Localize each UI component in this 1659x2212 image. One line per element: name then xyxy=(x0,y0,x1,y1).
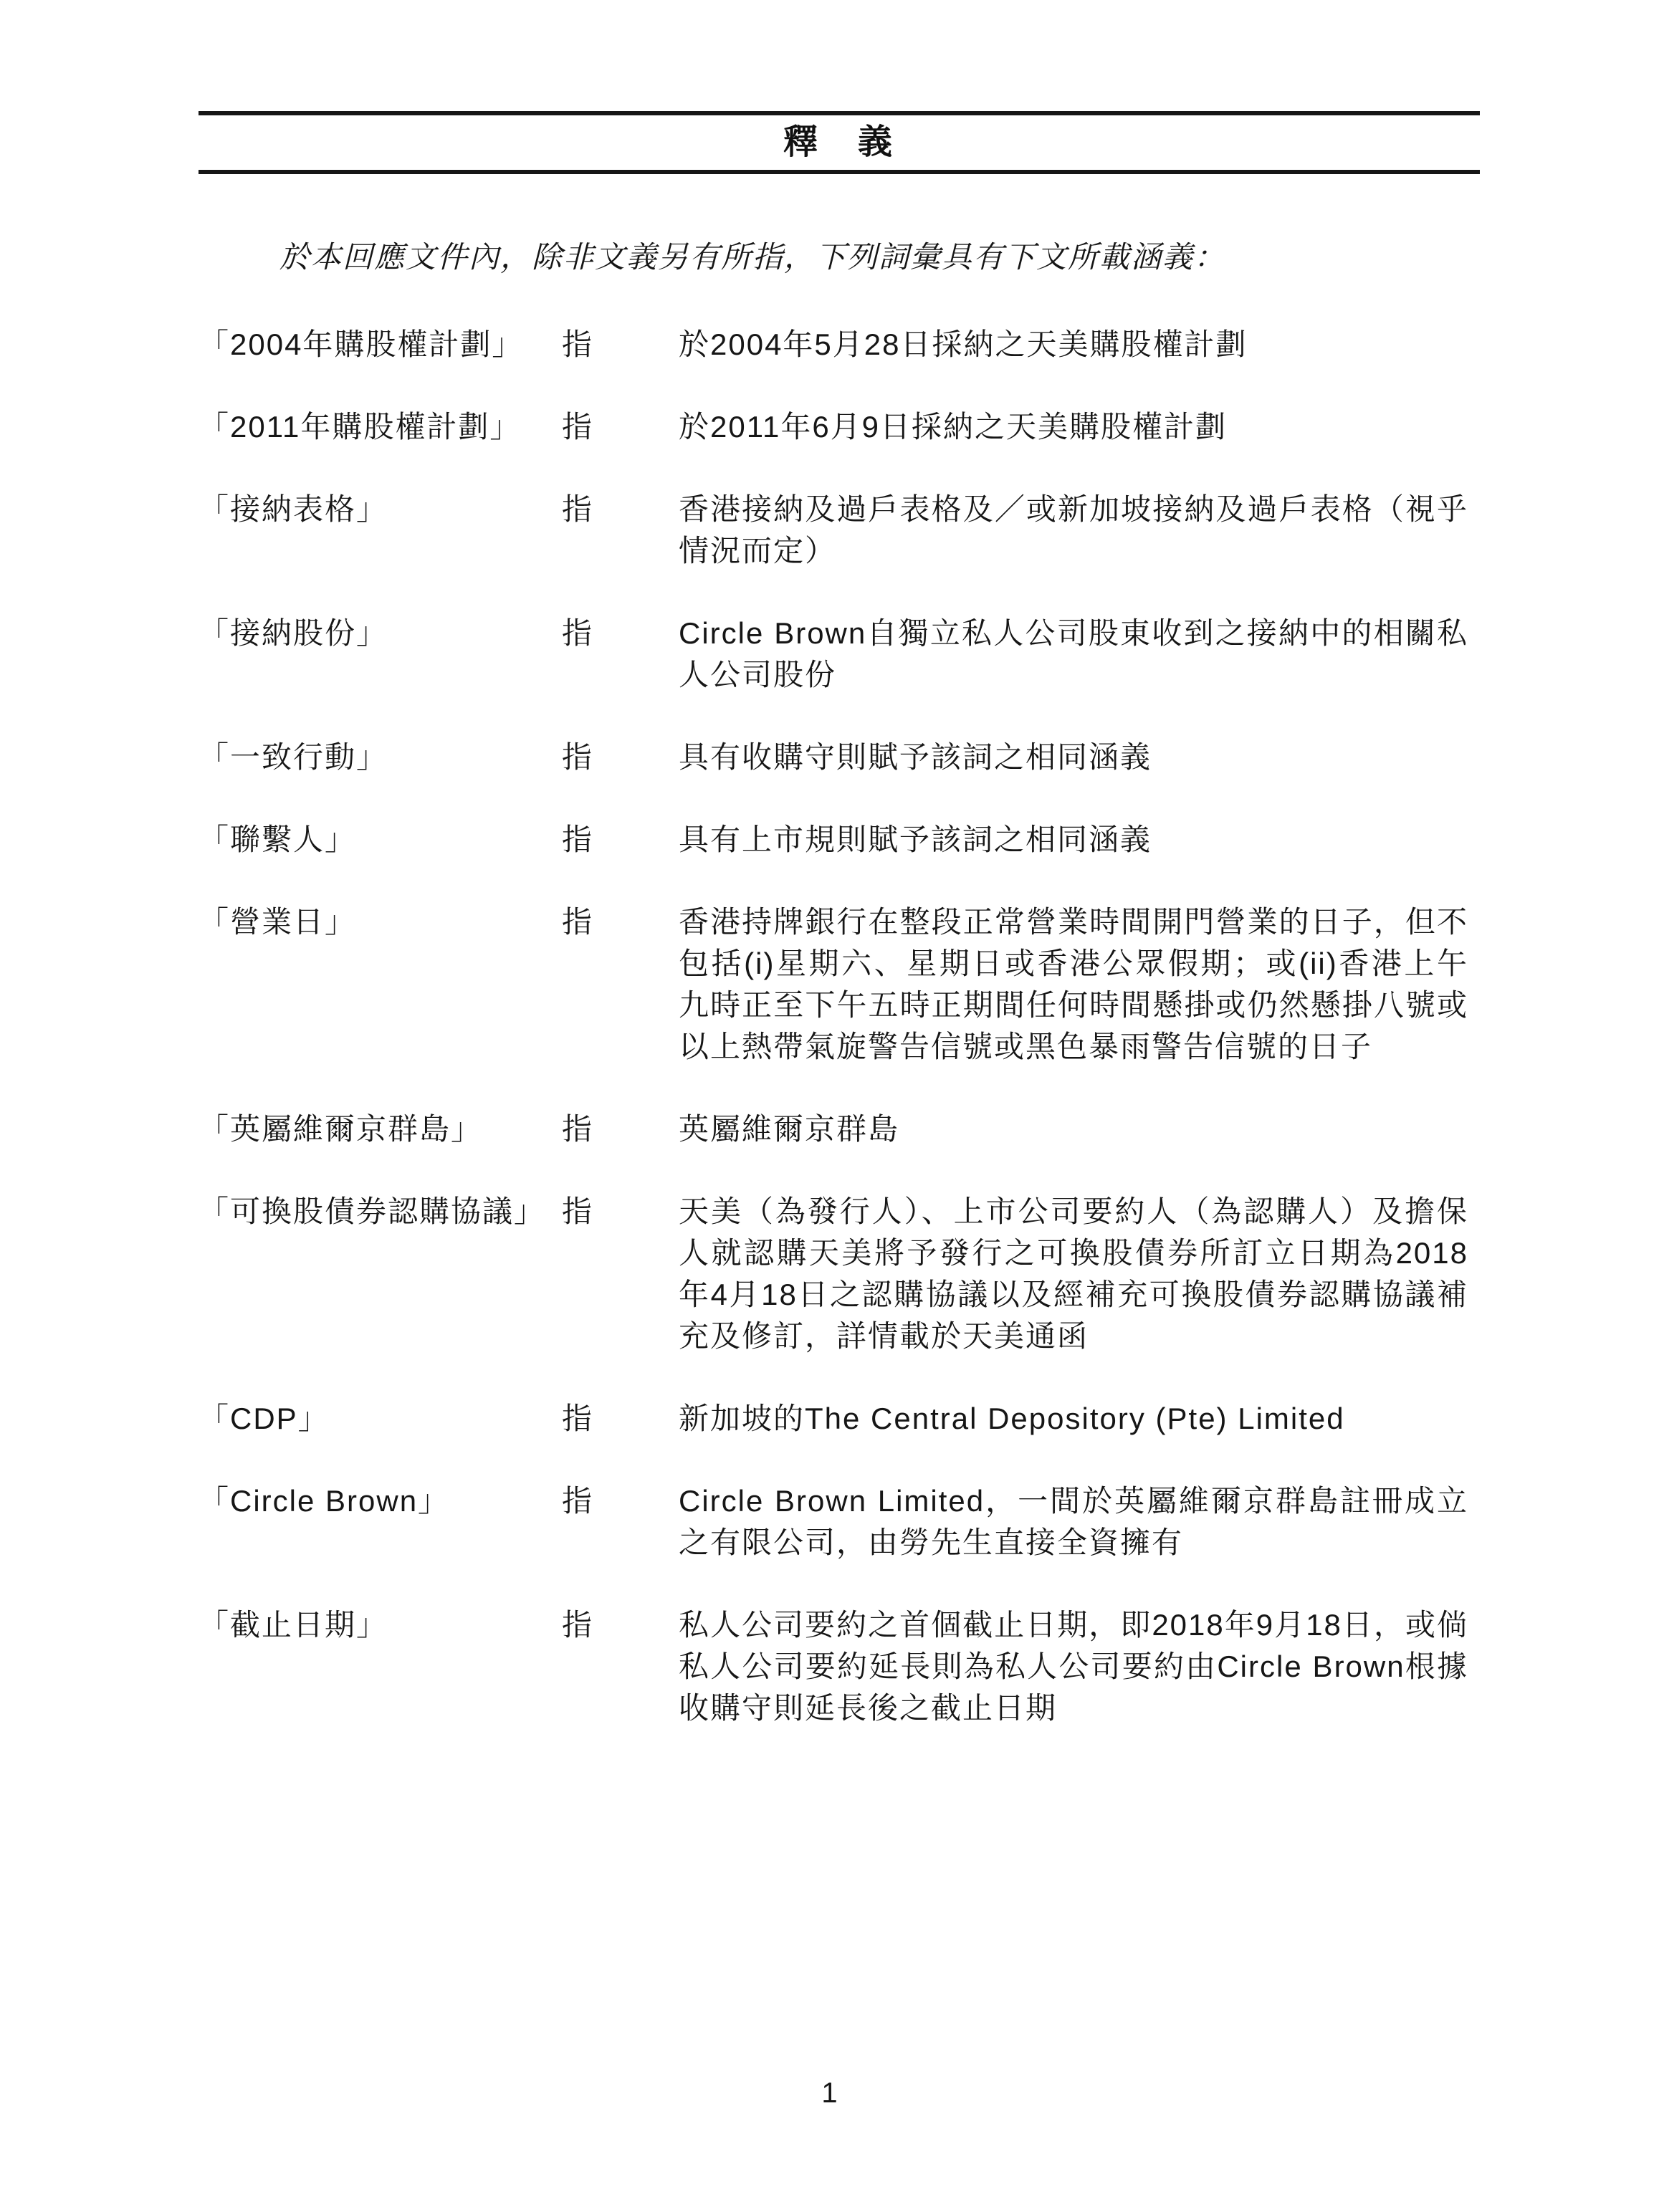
definition-term: 「聯繫人」 xyxy=(199,819,562,861)
definition-text: 於2011年6月9日採納之天美購股權計劃 xyxy=(679,406,1468,448)
definition-means: 指 xyxy=(562,1109,679,1150)
definition-term: 「接納股份」 xyxy=(199,613,562,696)
definition-term: 「截止日期」 xyxy=(199,1604,562,1729)
definition-term: 「2004年購股權計劃」 xyxy=(199,324,562,365)
definition-means: 指 xyxy=(562,1191,679,1357)
definition-term: 「2011年購股權計劃」 xyxy=(199,406,562,448)
definition-means: 指 xyxy=(562,901,679,1068)
definition-means: 指 xyxy=(562,819,679,861)
definition-row: 「一致行動」 指 具有收購守則賦予該詞之相同涵義 xyxy=(199,737,1480,778)
definition-term: 「一致行動」 xyxy=(199,737,562,778)
definition-text: 新加坡的The Central Depository (Pte) Limited xyxy=(679,1398,1468,1440)
page-title: 釋 義 xyxy=(199,115,1480,170)
definition-row: 「2011年購股權計劃」 指 於2011年6月9日採納之天美購股權計劃 xyxy=(199,406,1480,448)
definition-means: 指 xyxy=(562,737,679,778)
definition-row: 「Circle Brown」 指 Circle Brown Limited，一間… xyxy=(199,1480,1480,1564)
definition-row: 「接納表格」 指 香港接納及過戶表格及／或新加坡接納及過戶表格（視乎情況而定） xyxy=(199,489,1480,572)
page-number: 1 xyxy=(0,2077,1659,2110)
definition-term: 「英屬維爾京群島」 xyxy=(199,1109,562,1150)
definition-text: 具有上市規則賦予該詞之相同涵義 xyxy=(679,819,1468,861)
definition-means: 指 xyxy=(562,406,679,448)
definition-row: 「聯繫人」 指 具有上市規則賦予該詞之相同涵義 xyxy=(199,819,1480,861)
definition-text: Circle Brown自獨立私人公司股東收到之接納中的相關私人公司股份 xyxy=(679,613,1468,696)
definition-term: 「營業日」 xyxy=(199,901,562,1068)
definition-text: 具有收購守則賦予該詞之相同涵義 xyxy=(679,737,1468,778)
definition-means: 指 xyxy=(562,613,679,696)
definitions-list: 「2004年購股權計劃」 指 於2004年5月28日採納之天美購股權計劃 「20… xyxy=(199,324,1480,1729)
definition-term: 「接納表格」 xyxy=(199,489,562,572)
definition-text: 香港接納及過戶表格及／或新加坡接納及過戶表格（視乎情況而定） xyxy=(679,489,1468,572)
definition-means: 指 xyxy=(562,1604,679,1729)
definition-term: 「可換股債券認購協議」 xyxy=(199,1191,562,1357)
definition-text: 英屬維爾京群島 xyxy=(679,1109,1468,1150)
definition-row: 「接納股份」 指 Circle Brown自獨立私人公司股東收到之接納中的相關私… xyxy=(199,613,1480,696)
definition-row: 「截止日期」 指 私人公司要約之首個截止日期，即2018年9月18日，或倘私人公… xyxy=(199,1604,1480,1729)
definition-term: 「CDP」 xyxy=(199,1398,562,1440)
definition-means: 指 xyxy=(562,1398,679,1440)
definition-text: 天美（為發行人）、上市公司要約人（為認購人）及擔保人就認購天美將予發行之可換股債… xyxy=(679,1191,1468,1357)
definition-row: 「2004年購股權計劃」 指 於2004年5月28日採納之天美購股權計劃 xyxy=(199,324,1480,365)
definition-text: 香港持牌銀行在整段正常營業時間開門營業的日子，但不包括(i)星期六、星期日或香港… xyxy=(679,901,1468,1068)
definition-row: 「CDP」 指 新加坡的The Central Depository (Pte)… xyxy=(199,1398,1480,1440)
document-page: 釋 義 於本回應文件內，除非文義另有所指，下列詞彙具有下文所載涵義： 「2004… xyxy=(0,0,1659,2212)
definition-means: 指 xyxy=(562,489,679,572)
header-rule-bottom xyxy=(199,170,1480,174)
definition-row: 「英屬維爾京群島」 指 英屬維爾京群島 xyxy=(199,1109,1480,1150)
definition-text: Circle Brown Limited，一間於英屬維爾京群島註冊成立之有限公司… xyxy=(679,1480,1468,1564)
definition-text: 私人公司要約之首個截止日期，即2018年9月18日，或倘私人公司要約延長則為私人… xyxy=(679,1604,1468,1729)
definition-row: 「營業日」 指 香港持牌銀行在整段正常營業時間開門營業的日子，但不包括(i)星期… xyxy=(199,901,1480,1068)
intro-paragraph: 於本回應文件內，除非文義另有所指，下列詞彙具有下文所載涵義： xyxy=(199,236,1480,278)
definition-term: 「Circle Brown」 xyxy=(199,1480,562,1564)
page-content: 釋 義 於本回應文件內，除非文義另有所指，下列詞彙具有下文所載涵義： 「2004… xyxy=(199,0,1480,1770)
definition-row: 「可換股債券認購協議」 指 天美（為發行人）、上市公司要約人（為認購人）及擔保人… xyxy=(199,1191,1480,1357)
definition-means: 指 xyxy=(562,324,679,365)
definition-means: 指 xyxy=(562,1480,679,1564)
definition-text: 於2004年5月28日採納之天美購股權計劃 xyxy=(679,324,1468,365)
